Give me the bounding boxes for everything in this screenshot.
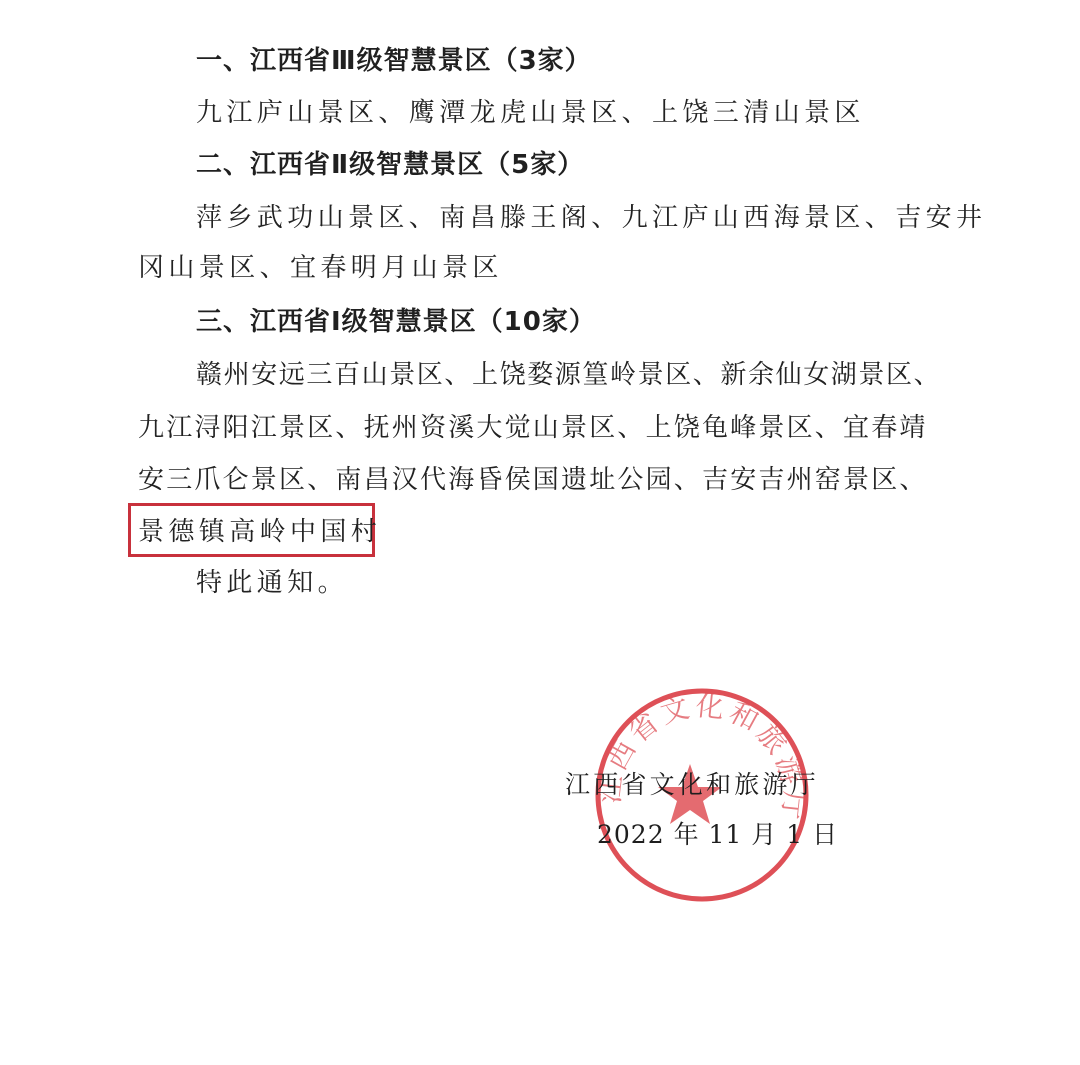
issue-date: 2022 年 11 月 1 日 [597, 818, 838, 852]
section-body-line: 安三爪仑景区、南昌汉代海昏侯国遗址公园、吉安吉州窑景区、 [138, 463, 928, 497]
highlighted-item: 景德镇高岭中国村 [138, 515, 381, 549]
section-heading-level-1: 三、江西省Ⅰ级智慧景区（10家） [196, 305, 596, 339]
closing-line: 特此通知。 [196, 566, 348, 600]
section-body-line: 萍乡武功山景区、南昌滕王阁、九江庐山西海景区、吉安井 [196, 201, 986, 235]
section-body-line: 九江浔阳江景区、抚州资溪大觉山景区、上饶龟峰景区、宜春靖 [138, 411, 928, 445]
document-page: 一、江西省Ⅲ级智慧景区（3家） 九江庐山景区、鹰潭龙虎山景区、上饶三清山景区 二… [0, 0, 1080, 1065]
section-heading-level-3: 一、江西省Ⅲ级智慧景区（3家） [196, 44, 592, 78]
section-body-line: 九江庐山景区、鹰潭龙虎山景区、上饶三清山景区 [196, 96, 865, 130]
issuer-name: 江西省文化和旅游厅 [565, 768, 819, 802]
section-heading-level-2: 二、江西省Ⅱ级智慧景区（5家） [196, 148, 584, 182]
section-body-line: 赣州安远三百山景区、上饶婺源篁岭景区、新余仙女湖景区、 [196, 358, 941, 392]
section-body-line: 冈山景区、宜春明月山景区 [138, 251, 503, 285]
